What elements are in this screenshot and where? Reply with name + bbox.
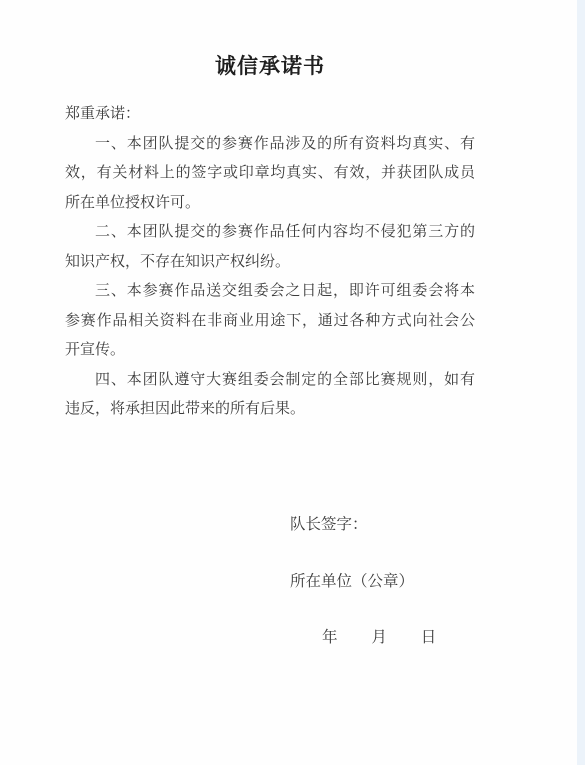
document-page: 诚信承诺书 郑重承诺：一、本团队提交的参赛作品涉及的所有资料均真实、有效，有关材… xyxy=(0,0,585,765)
page-edge-strip xyxy=(577,0,585,765)
date-year-label: 年 xyxy=(322,623,338,653)
document-body: 郑重承诺：一、本团队提交的参赛作品涉及的所有资料均真实、有效，有关材料上的签字或… xyxy=(65,100,475,425)
text-line: 四、本团队遵守大赛组委会制定的全部比赛规则，如有 xyxy=(65,366,475,396)
text-line: 知识产权，不存在知识产权纠纷。 xyxy=(65,248,475,278)
unit-seal-label: 所在单位（公章） xyxy=(290,567,414,597)
text-line: 参赛作品相关资料在非商业用途下，通过各种方式向社会公 xyxy=(65,307,475,337)
text-line: 违反，将承担因此带来的所有后果。 xyxy=(65,395,475,425)
text-line: 郑重承诺： xyxy=(65,100,475,130)
text-line: 二、本团队提交的参赛作品任何内容均不侵犯第三方的 xyxy=(65,218,475,248)
text-line: 效，有关材料上的签字或印章均真实、有效，并获团队成员 xyxy=(65,159,475,189)
date-month-label: 月 xyxy=(371,623,387,653)
text-line: 一、本团队提交的参赛作品涉及的所有资料均真实、有 xyxy=(65,130,475,160)
document-title: 诚信承诺书 xyxy=(65,54,475,80)
leader-signature-label: 队长签字： xyxy=(290,510,368,540)
text-line: 所在单位授权许可。 xyxy=(65,189,475,219)
text-line: 开宣传。 xyxy=(65,336,475,366)
date-day-label: 日 xyxy=(421,623,437,653)
date-line: 年 月 日 xyxy=(322,623,436,653)
text-line: 三、本参赛作品送交组委会之日起，即许可组委会将本 xyxy=(65,277,475,307)
